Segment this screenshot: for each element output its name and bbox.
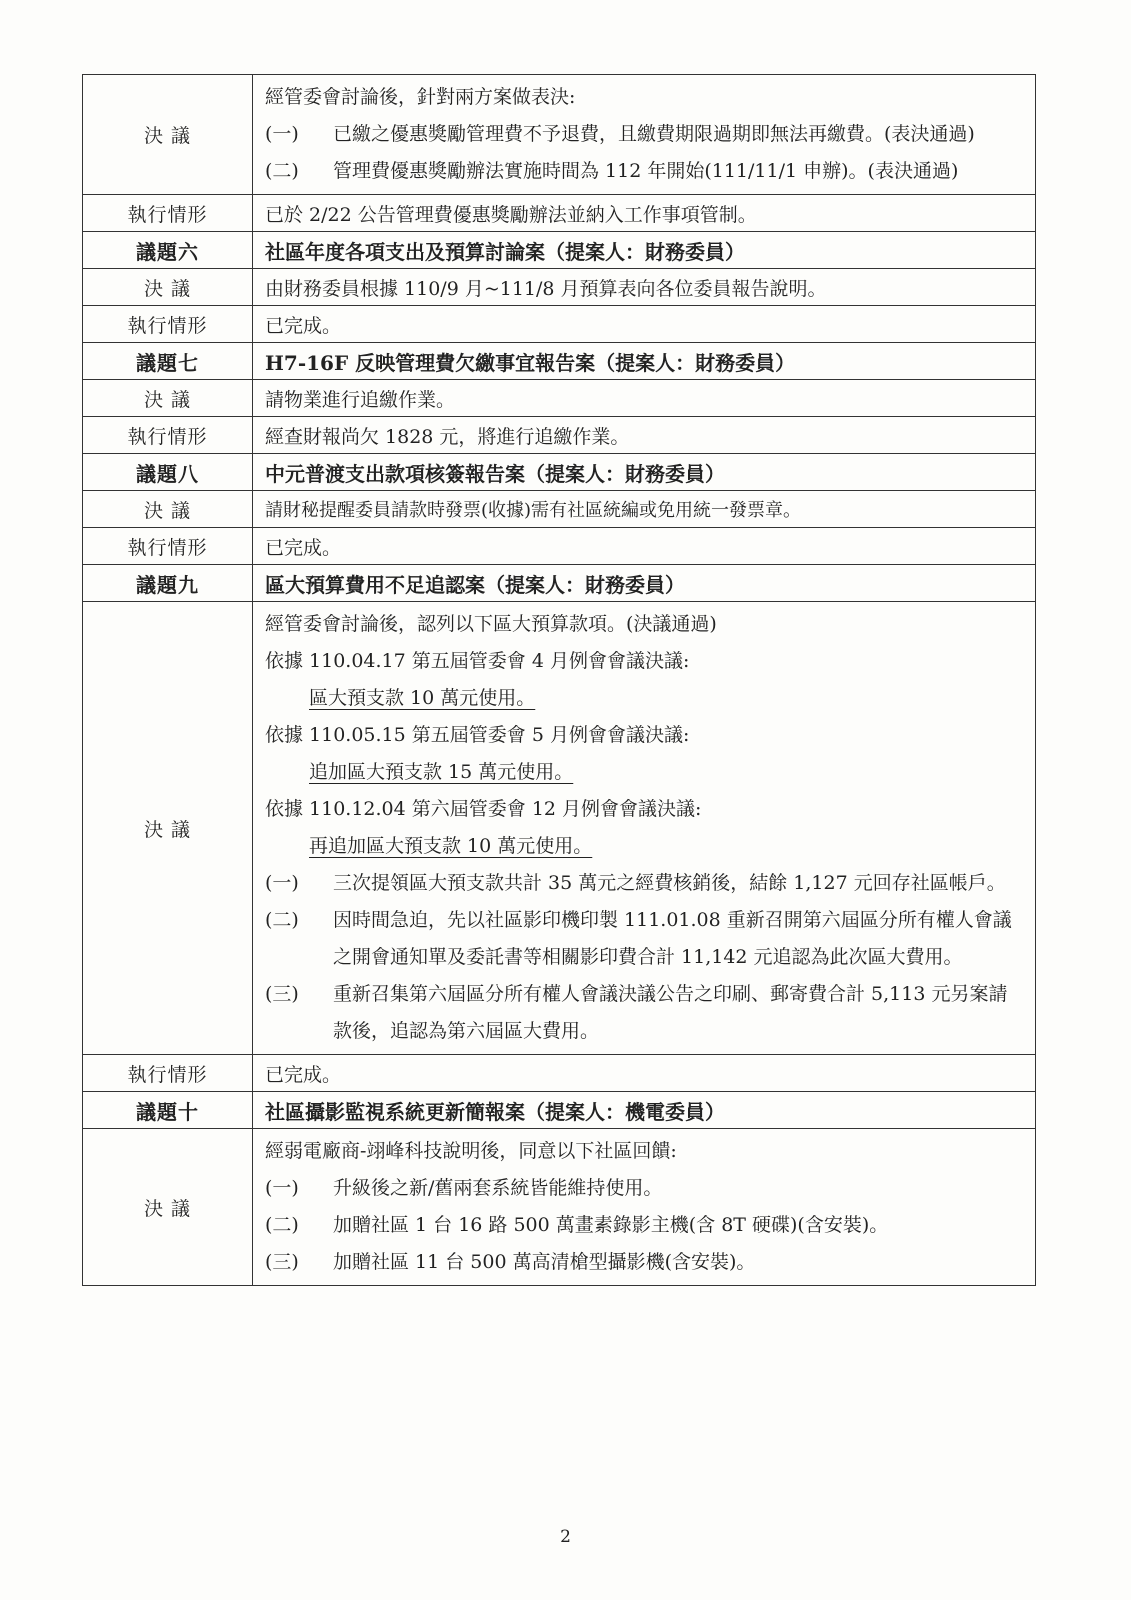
- resolution-item: (三) 重新召集第六屆區分所有權人會議決議公告之印刷、郵寄費合計 5,113 元…: [265, 976, 1025, 1050]
- resolution-item: (三) 加贈社區 11 台 500 萬高清槍型攝影機(含安裝)。: [265, 1244, 1025, 1281]
- resolution-item: (二) 因時間急迫，先以社區影印機印製 111.01.08 重新召開第六屆區分所…: [265, 902, 1025, 976]
- topic-title: 中元普渡支出款項核簽報告案（提案人：財務委員）: [253, 454, 1036, 491]
- table-row: 決 議 經管委會討論後，針對兩方案做表決: (一) 已繳之優惠獎勵管理費不予退費…: [83, 75, 1036, 195]
- resolution-intro: 經管委會討論後，針對兩方案做表決:: [265, 79, 1025, 116]
- row-label: 執行情形: [83, 528, 253, 565]
- topic-label: 議題九: [83, 565, 253, 602]
- table-row: 決 議 經管委會討論後，認列以下區大預算款項。(決議通過) 依據 110.04.…: [83, 602, 1036, 1055]
- status-cell: 已於 2/22 公告管理費優惠獎勵辦法並納入工作事項管制。: [253, 195, 1036, 232]
- topic-row: 議題十 社區攝影監視系統更新簡報案（提案人：機電委員）: [83, 1092, 1036, 1129]
- status-cell: 已完成。: [253, 528, 1036, 565]
- resolution-intro: 經管委會討論後，認列以下區大預算款項。(決議通過): [265, 606, 1025, 643]
- resolution-cell: 經管委會討論後，認列以下區大預算款項。(決議通過) 依據 110.04.17 第…: [253, 602, 1036, 1055]
- row-label: 決 議: [83, 491, 253, 528]
- resolution-item: (二) 加贈社區 1 台 16 路 500 萬畫素錄影主機(含 8T 硬碟)(含…: [265, 1207, 1025, 1244]
- basis-detail: 追加區大預支款 15 萬元使用。: [309, 761, 593, 783]
- basis-line: 依據 110.04.17 第五屆管委會 4 月例會會議決議:: [265, 643, 1025, 680]
- table-row: 決 議 由財務委員根據 110/9 月~111/8 月預算表向各位委員報告說明。: [83, 269, 1036, 306]
- resolution-cell: 由財務委員根據 110/9 月~111/8 月預算表向各位委員報告說明。: [253, 269, 1036, 306]
- row-label: 決 議: [83, 269, 253, 306]
- basis-line: 依據 110.12.04 第六屆管委會 12 月例會會議決議:: [265, 791, 1025, 828]
- resolution-item: (一) 升級後之新/舊兩套系統皆能維持使用。: [265, 1170, 1025, 1207]
- table-row: 決 議 請財秘提醒委員請款時發票(收據)需有社區統編或免用統一發票章。: [83, 491, 1036, 528]
- table-row: 執行情形 已完成。: [83, 528, 1036, 565]
- row-label: 執行情形: [83, 1055, 253, 1092]
- topic-title: 區大預算費用不足追認案（提案人：財務委員）: [253, 565, 1036, 602]
- resolution-cell: 請財秘提醒委員請款時發票(收據)需有社區統編或免用統一發票章。: [253, 491, 1036, 528]
- basis-line: 依據 110.05.15 第五屆管委會 5 月例會會議決議:: [265, 717, 1025, 754]
- basis-detail: 區大預支款 10 萬元使用。: [309, 687, 555, 709]
- table-row: 執行情形 已完成。: [83, 306, 1036, 343]
- resolution-cell: 請物業進行追繳作業。: [253, 380, 1036, 417]
- topic-label: 議題六: [83, 232, 253, 269]
- topic-row: 議題六 社區年度各項支出及預算討論案（提案人：財務委員）: [83, 232, 1036, 269]
- table-row: 決 議 請物業進行追繳作業。: [83, 380, 1036, 417]
- resolution-cell: 經弱電廠商-翊峰科技說明後，同意以下社區回饋: (一) 升級後之新/舊兩套系統皆…: [253, 1129, 1036, 1286]
- resolution-cell: 經管委會討論後，針對兩方案做表決: (一) 已繳之優惠獎勵管理費不予退費，且繳費…: [253, 75, 1036, 195]
- resolution-intro: 經弱電廠商-翊峰科技說明後，同意以下社區回饋:: [265, 1133, 1025, 1170]
- topic-title: H7-16F 反映管理費欠繳事宜報告案（提案人：財務委員）: [253, 343, 1036, 380]
- row-label: 決 議: [83, 75, 253, 195]
- resolution-item: (二) 管理費優惠獎勵辦法實施時間為 112 年開始(111/11/1 申辦)。…: [265, 153, 1025, 190]
- resolution-item: (一) 已繳之優惠獎勵管理費不予退費，且繳費期限過期即無法再繳費。(表決通過): [265, 116, 1025, 153]
- row-label: 執行情形: [83, 195, 253, 232]
- row-label: 決 議: [83, 380, 253, 417]
- topic-title: 社區攝影監視系統更新簡報案（提案人：機電委員）: [253, 1092, 1036, 1129]
- row-label: 決 議: [83, 1129, 253, 1286]
- status-cell: 經查財報尚欠 1828 元，將進行追繳作業。: [253, 417, 1036, 454]
- table-row: 執行情形 已完成。: [83, 1055, 1036, 1092]
- table-row: 執行情形 已於 2/22 公告管理費優惠獎勵辦法並納入工作事項管制。: [83, 195, 1036, 232]
- topic-row: 議題七 H7-16F 反映管理費欠繳事宜報告案（提案人：財務委員）: [83, 343, 1036, 380]
- page-number: 2: [0, 1527, 1131, 1547]
- resolution-item: (一) 三次提領區大預支款共計 35 萬元之經費核銷後，結餘 1,127 元回存…: [265, 865, 1025, 902]
- topic-label: 議題七: [83, 343, 253, 380]
- table-row: 執行情形 經查財報尚欠 1828 元，將進行追繳作業。: [83, 417, 1036, 454]
- row-label: 執行情形: [83, 417, 253, 454]
- topic-row: 議題八 中元普渡支出款項核簽報告案（提案人：財務委員）: [83, 454, 1036, 491]
- topic-label: 議題八: [83, 454, 253, 491]
- status-cell: 已完成。: [253, 1055, 1036, 1092]
- row-label: 執行情形: [83, 306, 253, 343]
- topic-row: 議題九 區大預算費用不足追認案（提案人：財務委員）: [83, 565, 1036, 602]
- topic-label: 議題十: [83, 1092, 253, 1129]
- meeting-minutes-table: 決 議 經管委會討論後，針對兩方案做表決: (一) 已繳之優惠獎勵管理費不予退費…: [82, 74, 1036, 1286]
- row-label: 決 議: [83, 602, 253, 1055]
- basis-detail: 再追加區大預支款 10 萬元使用。: [309, 835, 612, 857]
- status-cell: 已完成。: [253, 306, 1036, 343]
- topic-title: 社區年度各項支出及預算討論案（提案人：財務委員）: [253, 232, 1036, 269]
- table-row: 決 議 經弱電廠商-翊峰科技說明後，同意以下社區回饋: (一) 升級後之新/舊兩…: [83, 1129, 1036, 1286]
